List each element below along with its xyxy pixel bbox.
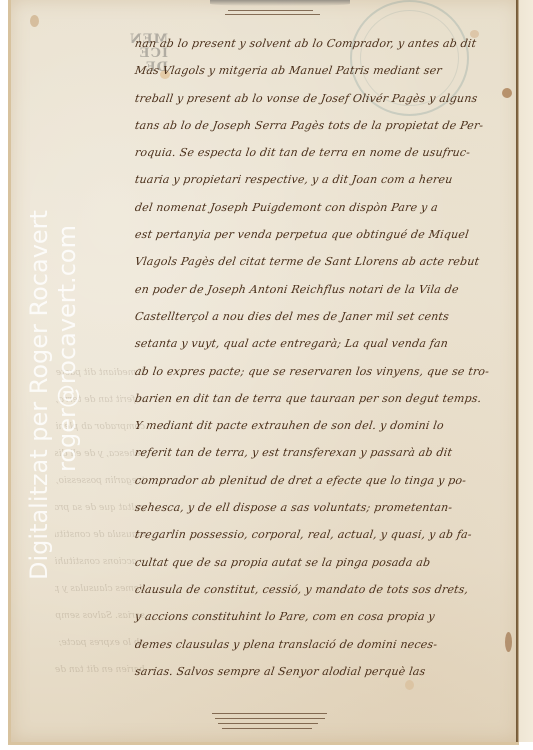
text-line: en poder de Joseph Antoni Reichflus nota… (133, 276, 477, 303)
text-line: setanta y vuyt, qual acte entregarà; La … (133, 330, 477, 357)
text-line: est pertanyia per venda perpetua que obt… (133, 221, 477, 248)
ghost-line: ab lo expres pacte; que se reservaren lo… (55, 630, 145, 657)
text-line: sehesca, y de ell dispose a sas voluntat… (133, 494, 477, 521)
text-line: ab lo expres pacte; que se reservaren lo… (133, 358, 477, 385)
stain (502, 88, 512, 98)
text-line: tuaria y propietari respective, y a dit … (133, 166, 477, 193)
text-line: barien en dit tan de terra que tauraan p… (133, 385, 477, 412)
adjacent-page-edge (516, 0, 533, 742)
text-line: treball y present ab lo vonse de Josef O… (133, 85, 477, 112)
stain (505, 632, 512, 652)
header-flourish (225, 14, 320, 15)
footer-flourish (222, 728, 312, 729)
scanned-manuscript: MEN ICE DE Y mediant dit pacte extrauhen… (0, 0, 533, 750)
text-line: tregarlin possessio, corporal, real, act… (133, 521, 477, 548)
text-line: y accions constituhint lo Pare, com en c… (133, 603, 477, 630)
header-flourish (228, 10, 313, 11)
ghost-line: barien en dit tan de terra que tauraan p… (55, 657, 145, 684)
text-line: cultat que de sa propia autat se la ping… (133, 549, 477, 576)
watermark-credit: Digitalitzat per Roger Rocavert (25, 210, 53, 580)
text-line: Castellterçol a nou dies del mes de Jane… (133, 303, 477, 330)
watermark-email: roger@rocavert.com (53, 210, 81, 472)
handwritten-text: nan ab lo present y solvent ab lo Compra… (135, 30, 475, 685)
text-line: clausula de constitut, cessió, y mandato… (133, 576, 477, 603)
text-line: sarias. Salvos sempre al Senyor alodial … (133, 658, 477, 685)
binding-shadow (210, 0, 350, 6)
ghost-line: sarias. Salvos sempre al Senyor alodial … (55, 603, 145, 630)
stain (30, 15, 39, 27)
text-line: Vlagols Pagès del citat terme de Sant Ll… (133, 248, 477, 275)
footer-flourish (215, 718, 325, 719)
text-line: Y mediant dit pacte extrauhen de son del… (133, 412, 477, 439)
text-line: comprador ab plenitud de dret a efecte q… (133, 467, 477, 494)
watermark: Digitalitzat per Roger Rocavert roger@ro… (25, 210, 81, 580)
text-line: nan ab lo present y solvent ab lo Compra… (133, 30, 477, 57)
text-line: Mas Vlagols y mitgeria ab Manuel Patris … (133, 57, 477, 84)
text-line: roquia. Se especta lo dit tan de terra e… (133, 139, 477, 166)
text-line: demes clausulas y plena translació de do… (133, 631, 477, 658)
ghost-line: demes clausulas y plena translació de do… (55, 576, 145, 603)
text-line: referit tan de terra, y est transferexan… (133, 439, 477, 466)
footer-flourish (218, 723, 318, 724)
text-line: del nomenat Joseph Puigdemont con dispòn… (133, 194, 477, 221)
text-line: tans ab lo de Joseph Serra Pagès tots de… (133, 112, 477, 139)
footer-flourish (212, 713, 327, 714)
